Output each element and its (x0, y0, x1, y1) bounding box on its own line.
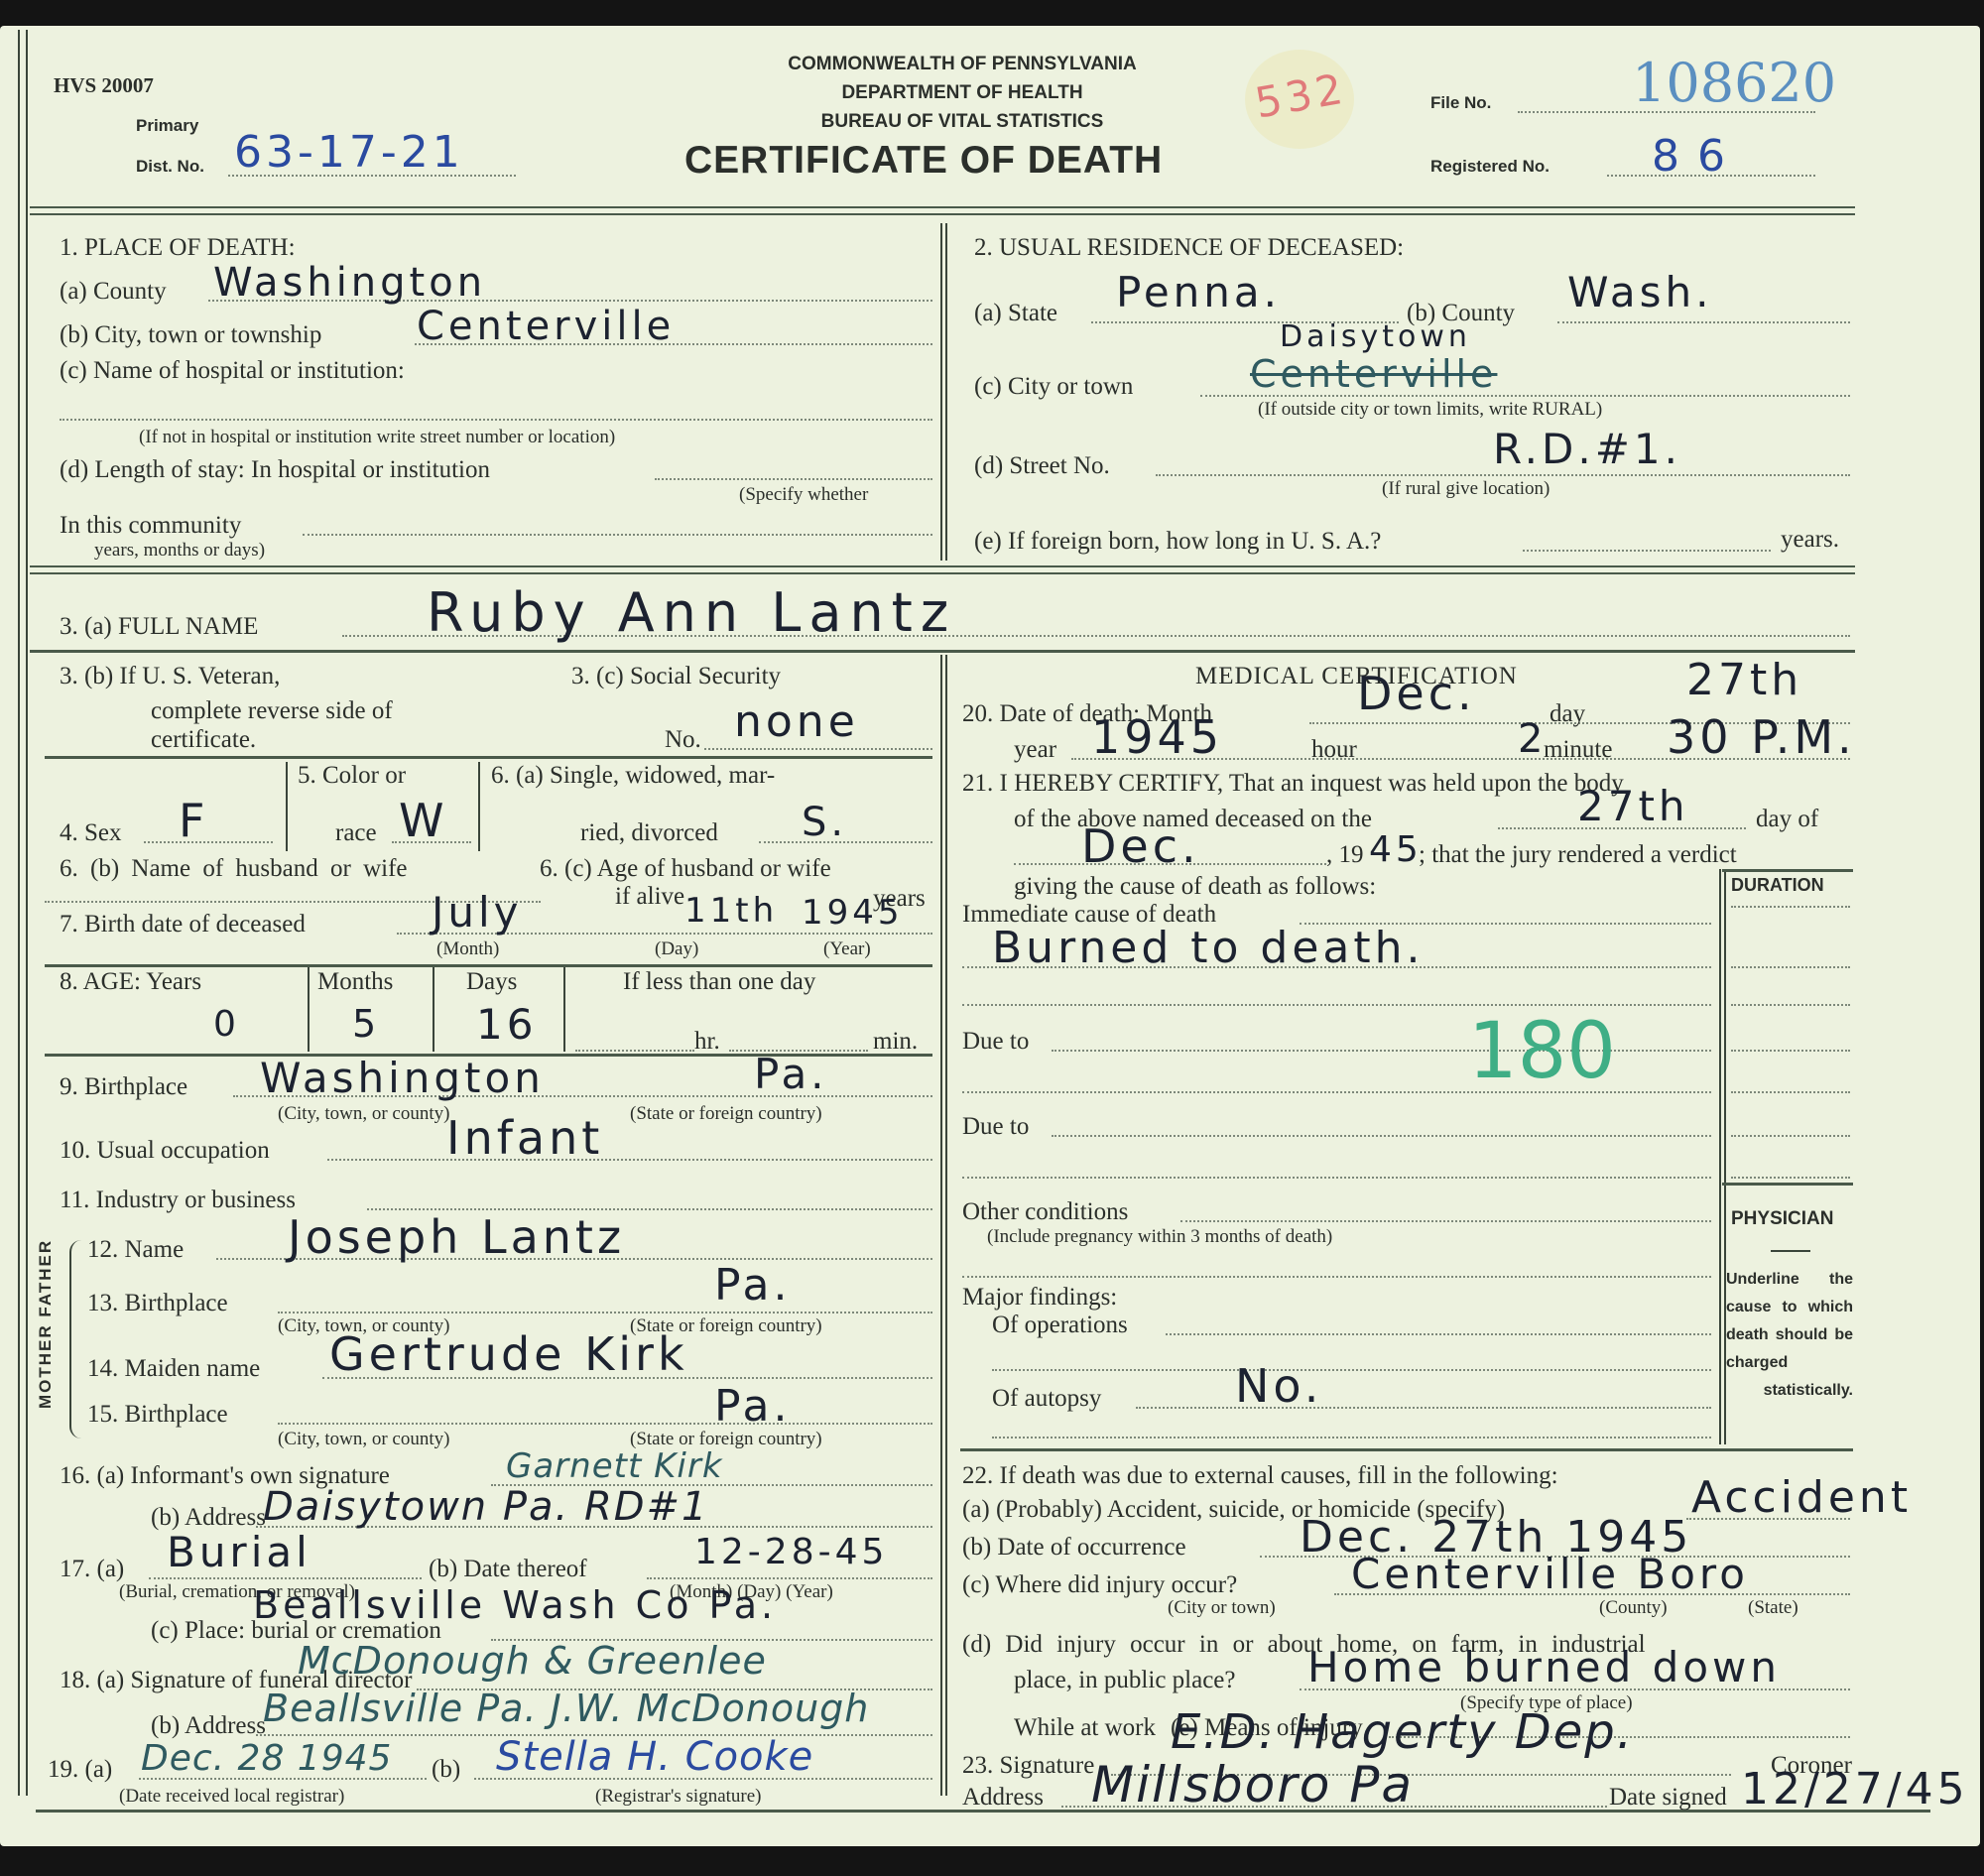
age-years[interactable]: 0 (213, 1004, 240, 1045)
spouse-age-label-1: 6. (c) Age of husband or wife (540, 855, 831, 883)
state-label: (a) State (974, 300, 1057, 327)
disposal-label: 17. (a) (60, 1556, 124, 1583)
spouse-age-label-2: if alive (615, 883, 684, 911)
date-signed[interactable]: 12/27/45 (1741, 1764, 1969, 1814)
external-heading: 22. If death was due to external causes,… (962, 1462, 1558, 1490)
certify-text-1: 21. I HEREBY CERTIFY, That an inquest wa… (962, 770, 1624, 798)
burial-place[interactable]: Beallsville Wash Co Pa. (253, 1583, 777, 1627)
autopsy-label: Of autopsy (992, 1385, 1101, 1413)
community-label: In this community (60, 512, 241, 540)
day-note: (Day) (655, 938, 698, 960)
registered-number: 86 (1652, 131, 1743, 182)
month-note: (Month) (436, 938, 499, 960)
months-label: Months (317, 968, 393, 996)
registered-label: Registered No. (1430, 157, 1550, 177)
foreign-label: (e) If foreign born, how long in U. S. A… (974, 528, 1381, 556)
stay-note: (Specify whether (739, 484, 868, 506)
dist-number: 63-17-21 (234, 127, 464, 178)
inquest-year-prefix: , 19 (1326, 841, 1364, 869)
agency-line-1: COMMONWEALTH OF PENNSYLVANIA (645, 50, 1280, 78)
injury-place[interactable]: Home burned down (1307, 1643, 1781, 1691)
place-heading: 1. PLACE OF DEATH: (60, 234, 296, 262)
hour-label: hour (1311, 736, 1357, 764)
residence-state[interactable]: Penna. (1116, 268, 1281, 316)
ssn-value[interactable]: none (734, 696, 859, 747)
verdict-text: ; that the jury rendered a verdict (1419, 841, 1737, 869)
burial-date-label: (b) Date thereof (429, 1556, 587, 1583)
registrar-sig-label: (b) (432, 1756, 460, 1784)
informant-address[interactable]: Daisytown Pa. RD#1 (263, 1484, 709, 1530)
marital-label-1: 6. (a) Single, widowed, mar- (491, 762, 775, 790)
agency-line-2: DEPARTMENT OF HEALTH (645, 78, 1280, 107)
cause-intro: giving the cause of death as follows: (1014, 873, 1376, 901)
street-note: (If rural give location) (1382, 478, 1550, 500)
injury-where-label: (c) Where did injury occur? (962, 1571, 1237, 1599)
death-day[interactable]: 27th (1686, 655, 1802, 705)
inquest-month[interactable]: Dec. (1081, 819, 1200, 873)
mother-bp-label: 15. Birthplace (87, 1401, 228, 1429)
where-city-note: (City or town) (1168, 1597, 1276, 1619)
residence-street[interactable]: R.D.#1. (1493, 425, 1681, 473)
marital-value[interactable]: S. (802, 800, 847, 845)
ssn-no-label: No. (665, 726, 701, 754)
spouse-label: 6. (b) Name of husband or wife (60, 855, 408, 883)
agency-block: COMMONWEALTH OF PENNSYLVANIA DEPARTMENT … (645, 50, 1280, 136)
due-to-label-1: Due to (962, 1028, 1029, 1056)
occupation-label: 10. Usual occupation (60, 1137, 270, 1165)
due-to-label-2: Due to (962, 1113, 1029, 1141)
hospital-note: (If not in hospital or institution write… (139, 427, 615, 448)
coroner-signature[interactable]: E.D. Hagerty Dep. (1171, 1704, 1634, 1760)
inquest-year[interactable]: 45 (1369, 829, 1423, 870)
age-days[interactable]: 16 (476, 1000, 537, 1049)
form-id: HVS 20007 (54, 73, 154, 98)
year-label: year (1014, 736, 1056, 764)
ssn-label: 3. (c) Social Security (571, 663, 781, 690)
color-label-2: race (335, 819, 377, 847)
code-mark: 180 (1468, 1007, 1616, 1096)
community-note: years, months or days) (94, 540, 265, 562)
minute-label: minute (1544, 736, 1612, 764)
veteran-label-3: certificate. (151, 726, 256, 754)
death-year[interactable]: 1945 (1091, 710, 1223, 764)
registrar-signature[interactable]: Stella H. Cooke (496, 1734, 813, 1780)
coroner-signature-label: 23. Signature (962, 1752, 1094, 1780)
year-note: (Year) (823, 938, 871, 960)
work-label: While at work (1014, 1714, 1156, 1742)
where-state-note: (State) (1748, 1597, 1798, 1619)
occupation[interactable]: Infant (446, 1111, 603, 1165)
residence-city-struck: Centerville (1250, 352, 1497, 396)
death-month[interactable]: Dec. (1357, 667, 1476, 720)
other-note: (Include pregnancy within 3 months of de… (987, 1226, 1332, 1248)
registrar-date-note: (Date received local registrar) (119, 1786, 344, 1808)
birthplace-label: 9. Birthplace (60, 1073, 187, 1101)
registrar-label: 19. (a) (48, 1756, 112, 1784)
residence-county[interactable]: Wash. (1567, 268, 1712, 316)
day-label: day (1550, 700, 1585, 728)
funeral-address-label: (b) Address (151, 1712, 266, 1740)
residence-city[interactable]: Daisytown (1280, 319, 1471, 354)
sex-label: 4. Sex (60, 819, 122, 847)
death-minute[interactable]: 30 P.M. (1667, 710, 1856, 764)
physician-note: Underline the cause to which death shoul… (1726, 1266, 1853, 1405)
bp-state-note: (State or foreign country) (630, 1103, 822, 1125)
mother-name-label: 14. Maiden name (87, 1355, 260, 1383)
coroner-address-label: Address (962, 1784, 1044, 1812)
min-label: min. (873, 1028, 918, 1056)
father-bp-label: 13. Birthplace (87, 1290, 228, 1317)
death-county[interactable]: Washington (213, 260, 486, 306)
file-label: File No. (1430, 93, 1491, 113)
sex-value[interactable]: F (179, 794, 208, 847)
inquest-day[interactable]: 27th (1577, 782, 1689, 830)
age-months[interactable]: 5 (352, 1002, 380, 1046)
less-day-label: If less than one day (623, 968, 815, 996)
mother-maiden-name[interactable]: Gertrude Kirk (329, 1327, 688, 1381)
physician-title: PHYSICIAN (1731, 1208, 1833, 1230)
coroner-address[interactable]: Millsboro Pa (1091, 1756, 1414, 1813)
birth-year[interactable]: 1945 (802, 893, 904, 933)
birthplace-city[interactable]: Washington (260, 1054, 545, 1102)
external-type[interactable]: Accident (1691, 1472, 1912, 1523)
where-county-note: (County) (1599, 1597, 1668, 1619)
veteran-label-2: complete reverse side of (151, 697, 393, 725)
mother-birthplace[interactable]: Pa. (714, 1381, 792, 1432)
res-city-note: (If outside city or town limits, write R… (1258, 399, 1602, 421)
bp-city-note: (City, town, or county) (278, 1103, 449, 1125)
left-border (18, 30, 28, 1796)
dist-label: Dist. No. (136, 157, 204, 177)
residence-heading: 2. USUAL RESIDENCE OF DECEASED: (974, 234, 1404, 262)
city-label: (b) City, town or township (60, 321, 321, 349)
birth-month[interactable]: July (432, 888, 523, 937)
hr-label: hr. (694, 1028, 720, 1056)
foreign-unit: years. (1781, 526, 1839, 554)
primary-label: Primary (136, 116, 198, 136)
days-label: Days (466, 968, 517, 996)
other-conditions-label: Other conditions (962, 1198, 1128, 1226)
registrar-sig-note: (Registrar's signature) (595, 1786, 762, 1808)
informant-signature[interactable]: Garnett Kirk (506, 1446, 723, 1486)
birthplace-state[interactable]: Pa. (754, 1050, 828, 1098)
date-signed-label: Date signed (1609, 1784, 1727, 1812)
disposal[interactable]: Burial (167, 1528, 311, 1576)
veteran-label-1: 3. (b) If U. S. Veteran, (60, 663, 280, 690)
father-name-label: 12. Name (87, 1236, 184, 1264)
findings-label: Major findings: (962, 1284, 1117, 1312)
file-number: 108620 (1632, 52, 1836, 114)
street-label: (d) Street No. (974, 452, 1110, 480)
duration-label: DURATION (1731, 875, 1824, 896)
hospital-label: (c) Name of hospital or institution: (60, 357, 405, 385)
occurrence-date-label: (b) Date of occurrence (962, 1534, 1186, 1562)
marital-label-2: ried, divorced (580, 819, 718, 847)
father-name[interactable]: Joseph Lantz (288, 1210, 625, 1264)
page-title: CERTIFICATE OF DEATH (684, 139, 1163, 183)
res-city-label: (c) City or town (974, 373, 1133, 401)
stay-label: (d) Length of stay: In hospital or insti… (60, 456, 490, 484)
parent-side-label: MOTHER FATHER (36, 1239, 56, 1409)
birth-label: 7. Birth date of deceased (60, 911, 306, 938)
death-city[interactable]: Centerville (417, 304, 675, 349)
injury-where[interactable]: Centerville Boro (1351, 1550, 1749, 1598)
age-label: 8. AGE: Years (60, 968, 201, 996)
industry-label: 11. Industry or business (60, 1187, 296, 1214)
mbp-city-note: (City, town, or county) (278, 1429, 449, 1450)
funeral-address[interactable]: Beallsville Pa. J.W. McDonough (263, 1687, 869, 1730)
funeral-director-signature[interactable]: McDonough & Greenlee (298, 1639, 767, 1683)
father-birthplace[interactable]: Pa. (714, 1260, 792, 1311)
county-label: (a) County (60, 278, 167, 306)
operations-label: Of operations (992, 1312, 1128, 1339)
full-name[interactable]: Ruby Ann Lantz (427, 581, 956, 644)
color-label-1: 5. Color or (298, 762, 406, 790)
injury-place-label-2: place, in public place? (1014, 1667, 1236, 1694)
agency-line-3: BUREAU OF VITAL STATISTICS (645, 107, 1280, 136)
autopsy-value[interactable]: No. (1235, 1359, 1322, 1413)
registrar-date[interactable]: Dec. 28 1945 (141, 1738, 392, 1779)
burial-date[interactable]: 12-28-45 (694, 1532, 888, 1572)
full-name-label: 3. (a) FULL NAME (60, 613, 258, 641)
race-value[interactable]: W (399, 794, 447, 847)
day-of-label: day of (1756, 806, 1818, 833)
bracket (69, 1240, 85, 1438)
birth-day[interactable]: 11th (684, 891, 778, 931)
